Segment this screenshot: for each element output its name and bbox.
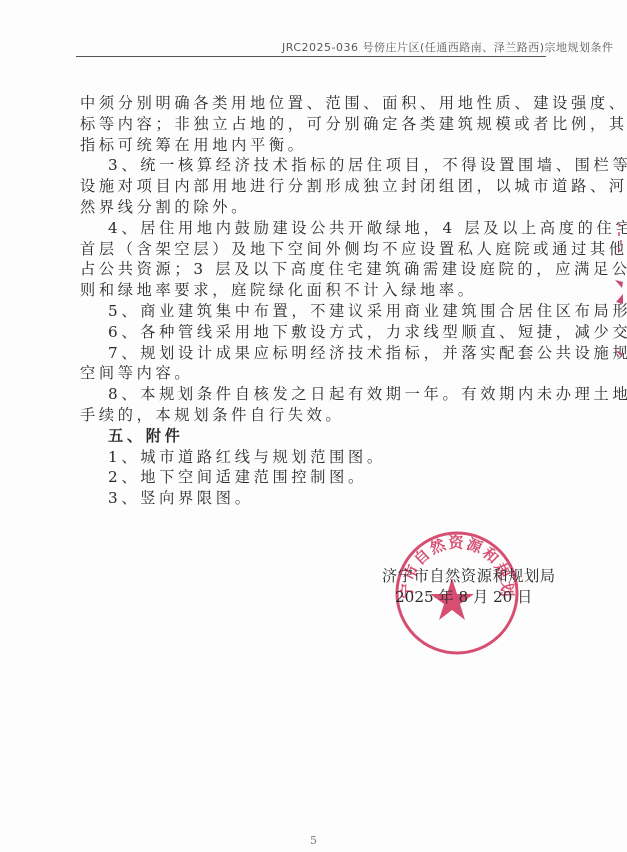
clause-4: 4、居住用地内鼓励建设公共开敞绿地，4 层及以上高度的住宅建筑 xyxy=(80,218,550,239)
paragraph-line: 指标可统筹在用地内平衡。 xyxy=(80,135,550,156)
page-number: 5 xyxy=(310,834,317,847)
document-page: JRC2025-036 号傍庄片区(任通西路南、泽兰路西)宗地规划条件 中须分别… xyxy=(0,0,627,852)
attachment-item: 3、竖向界限图。 xyxy=(80,488,550,509)
riding-seal-fragment-icon xyxy=(612,222,627,372)
document-header-title: JRC2025-036 号傍庄片区(任通西路南、泽兰路西)宗地规划条件 xyxy=(282,39,614,55)
paragraph-line: 占公共资源；3 层及以下高度住宅建筑确需建设庭院的，应满足公平性原 xyxy=(80,259,550,280)
clause-7: 7、规划设计成果应标明经济技术指标，并落实配套公共设施规模、 xyxy=(80,343,550,364)
attachment-item: 2、地下空间适建范围控制图。 xyxy=(80,467,550,488)
issuer-name: 济宁市自然资源和规划局 xyxy=(382,566,556,587)
clause-6: 6、各种管线采用地下敷设方式，力求线型顺直、短捷，减少交叉。 xyxy=(80,322,550,343)
paragraph-line: 设施对项目内部用地进行分割形成独立封闭组团，以城市道路、河流等自 xyxy=(80,176,550,197)
paragraph-line: 中须分别明确各类用地位置、范围、面积、用地性质、建设强度、配建指 xyxy=(80,93,550,114)
clause-5: 5、商业建筑集中布置，不建议采用商业建筑围合居住区布局形式。 xyxy=(80,301,550,322)
section-heading-attachments: 五、附件 xyxy=(80,426,550,447)
clause-3: 3、统一核算经济技术指标的居住项目，不得设置围墙、围栏等隔离 xyxy=(80,155,550,176)
attachment-item: 1、城市道路红线与规划范围图。 xyxy=(80,447,550,468)
paragraph-line: 首层（含架空层）及地下空间外侧均不应设置私人庭院或通过其他方式挤 xyxy=(80,239,550,260)
header-divider xyxy=(76,56,546,57)
paragraph-line: 然界线分割的除外。 xyxy=(80,197,550,218)
clause-8: 8、本规划条件自核发之日起有效期一年。有效期内未办理土地供应 xyxy=(80,384,550,405)
document-body: 中须分别明确各类用地位置、范围、面积、用地性质、建设强度、配建指 标等内容；非独… xyxy=(80,93,550,509)
paragraph-line: 空间等内容。 xyxy=(80,363,550,384)
paragraph-line: 则和绿地率要求，庭院绿化面积不计入绿地率。 xyxy=(80,280,550,301)
paragraph-line: 手续的，本规划条件自行失效。 xyxy=(80,405,550,426)
paragraph-line: 标等内容；非独立占地的，可分别确定各类建筑规模或者比例，其他规划 xyxy=(80,114,550,135)
issue-date: 2025 年 8 月 20 日 xyxy=(395,587,532,608)
